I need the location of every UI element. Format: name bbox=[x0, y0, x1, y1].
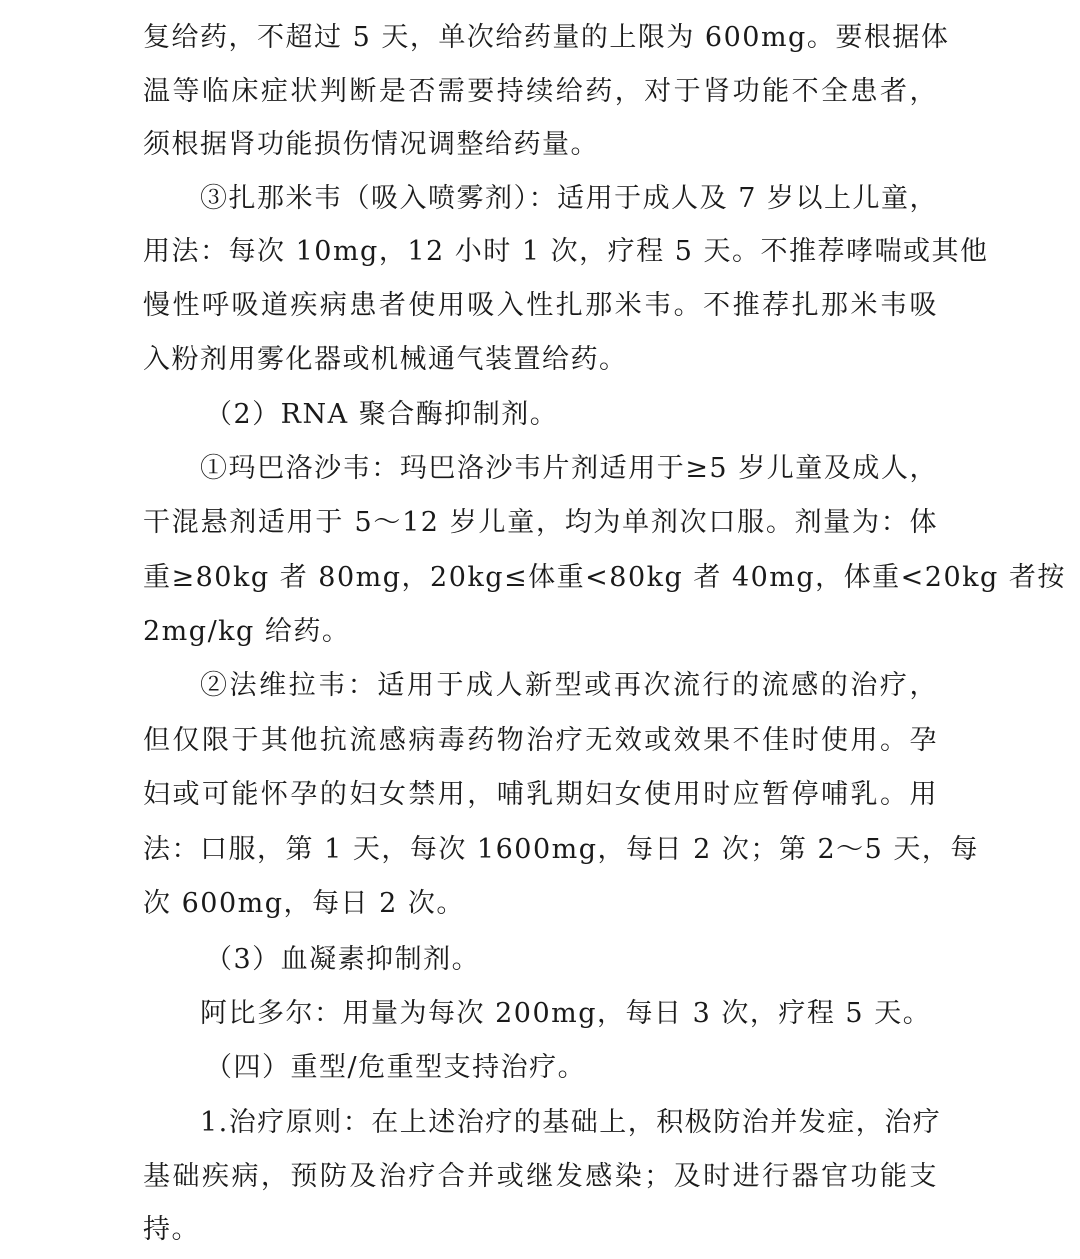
text-line: 入粉剂用雾化器或机械通气装置给药。 bbox=[143, 340, 938, 380]
text-line: 次 600mg，每日 2 次。 bbox=[143, 884, 938, 924]
text-line: 慢性呼吸道疾病患者使用吸入性扎那米韦。不推荐扎那米韦吸 bbox=[143, 286, 938, 326]
text-line: 用法：每次 10mg，12 小时 1 次，疗程 5 天。不推荐哮喘或其他 bbox=[143, 232, 938, 272]
text-line: 妇或可能怀孕的妇女禁用，哺乳期妇女使用时应暂停哺乳。用 bbox=[143, 775, 938, 815]
text-line: 1.治疗原则：在上述治疗的基础上，积极防治并发症，治疗 bbox=[200, 1103, 938, 1143]
text-line: 基础疾病，预防及治疗合并或继发感染；及时进行器官功能支 bbox=[143, 1157, 938, 1197]
text-line: ①玛巴洛沙韦：玛巴洛沙韦片剂适用于≥5 岁儿童及成人， bbox=[200, 449, 938, 489]
text-line: 干混悬剂适用于 5～12 岁儿童，均为单剂次口服。剂量为：体 bbox=[143, 503, 938, 543]
section-heading: （2）RNA 聚合酶抑制剂。 bbox=[205, 395, 943, 435]
text-line: 法：口服，第 1 天，每次 1600mg，每日 2 次；第 2～5 天，每 bbox=[143, 830, 938, 870]
section-heading: （3）血凝素抑制剂。 bbox=[205, 940, 943, 980]
text-line: 2mg/kg 给药。 bbox=[143, 612, 938, 652]
text-line: 持。 bbox=[143, 1210, 938, 1250]
section-heading: （四）重型/危重型支持治疗。 bbox=[205, 1048, 943, 1088]
text-line: 重≥80kg 者 80mg，20kg≤体重<80kg 者 40mg，体重<20k… bbox=[143, 558, 938, 598]
text-line: ③扎那米韦（吸入喷雾剂）：适用于成人及 7 岁以上儿童， bbox=[200, 179, 938, 219]
text-line: ②法维拉韦：适用于成人新型或再次流行的流感的治疗， bbox=[200, 666, 938, 706]
text-line: 复给药，不超过 5 天，单次给药量的上限为 600mg。要根据体 bbox=[143, 18, 938, 58]
document-page: 复给药，不超过 5 天，单次给药量的上限为 600mg。要根据体 温等临床症状判… bbox=[0, 0, 1080, 1259]
text-line: 须根据肾功能损伤情况调整给药量。 bbox=[143, 125, 938, 165]
text-line: 温等临床症状判断是否需要持续给药，对于肾功能不全患者， bbox=[143, 72, 938, 112]
text-line: 阿比多尔：用量为每次 200mg，每日 3 次，疗程 5 天。 bbox=[200, 994, 938, 1034]
text-line: 但仅限于其他抗流感病毒药物治疗无效或效果不佳时使用。孕 bbox=[143, 721, 938, 761]
